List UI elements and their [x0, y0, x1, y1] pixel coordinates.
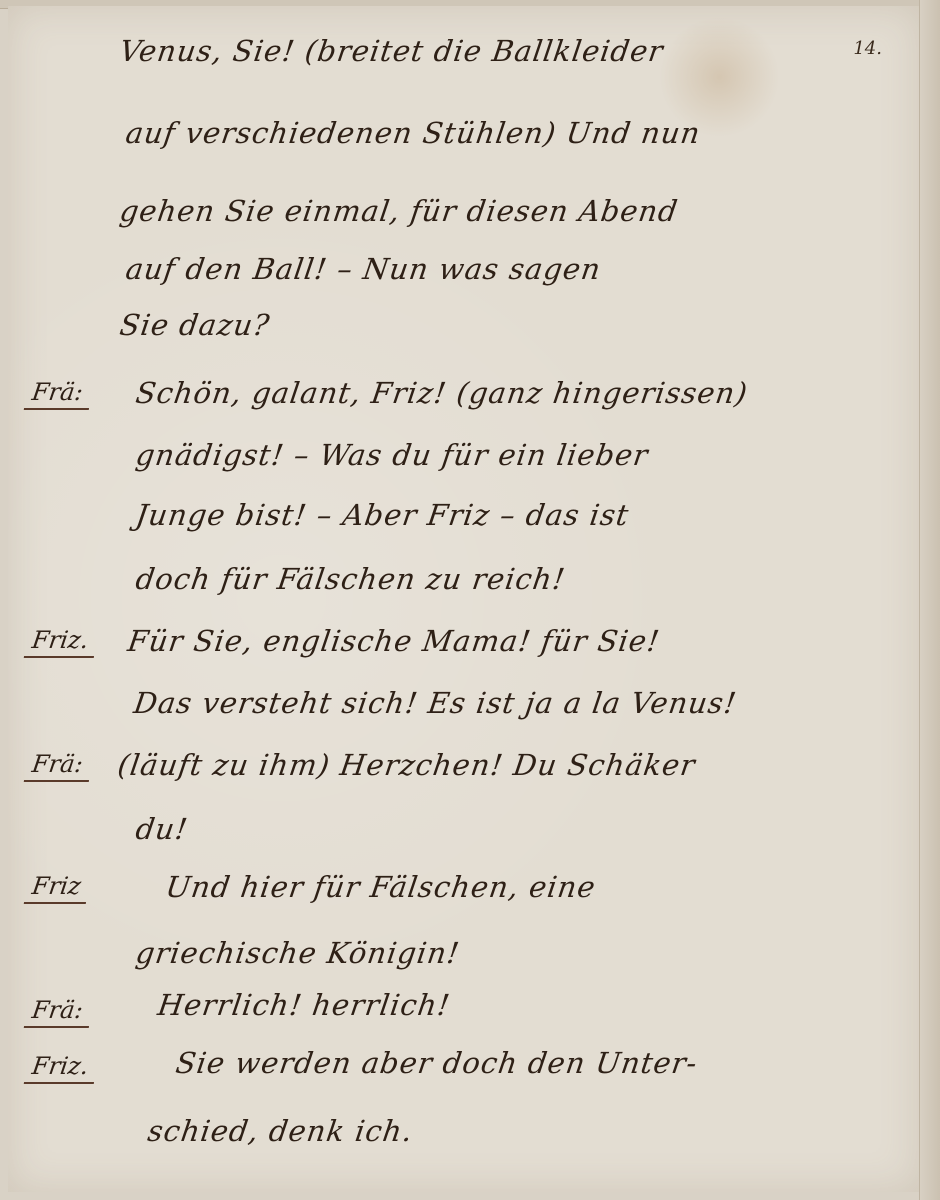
- line-4: auf den Ball! – Nun was sagen: [124, 252, 604, 286]
- line-6: Schön, galant, Friz! (ganz hingerissen): [134, 376, 750, 410]
- speaker-label: Friz: [24, 872, 91, 904]
- line-13: du!: [134, 812, 191, 846]
- speaker-label: Frä:: [24, 750, 93, 782]
- speaker-label: Frä:: [24, 378, 93, 410]
- manuscript-page: 14. Venus, Sie! (breitet die Ballkleider…: [8, 6, 922, 1192]
- line-7: gnädigst! – Was du für ein lieber: [134, 438, 651, 472]
- line-3: gehen Sie einmal, für diesen Abend: [118, 194, 681, 228]
- speaker-label: Friz.: [24, 626, 99, 658]
- binding-edge: [919, 0, 940, 1200]
- line-11: Das versteht sich! Es ist ja a la Venus!: [132, 686, 739, 720]
- speaker-label: Frä:: [24, 996, 93, 1028]
- line-1: Venus, Sie! (breitet die Ballkleider: [118, 34, 666, 68]
- line-18: schied, denk ich.: [146, 1114, 416, 1148]
- line-16: Herrlich! herrlich!: [156, 988, 453, 1022]
- line-8: Junge bist! – Aber Friz – das ist: [134, 498, 632, 532]
- line-10: Für Sie, englische Mama! für Sie!: [126, 624, 663, 658]
- line-12: (läuft zu ihm) Herzchen! Du Schäker: [116, 748, 698, 782]
- line-2: auf verschiedenen Stühlen) Und nun: [124, 116, 703, 150]
- line-14: Und hier für Fälschen, eine: [164, 870, 598, 904]
- line-9: doch für Fälschen zu reich!: [134, 562, 568, 596]
- line-15: griechische Königin!: [134, 936, 462, 970]
- line-5: Sie dazu?: [118, 308, 273, 342]
- speaker-label: Friz.: [24, 1052, 99, 1084]
- line-17: Sie werden aber doch den Unter-: [174, 1046, 700, 1080]
- page-number: 14.: [853, 38, 882, 59]
